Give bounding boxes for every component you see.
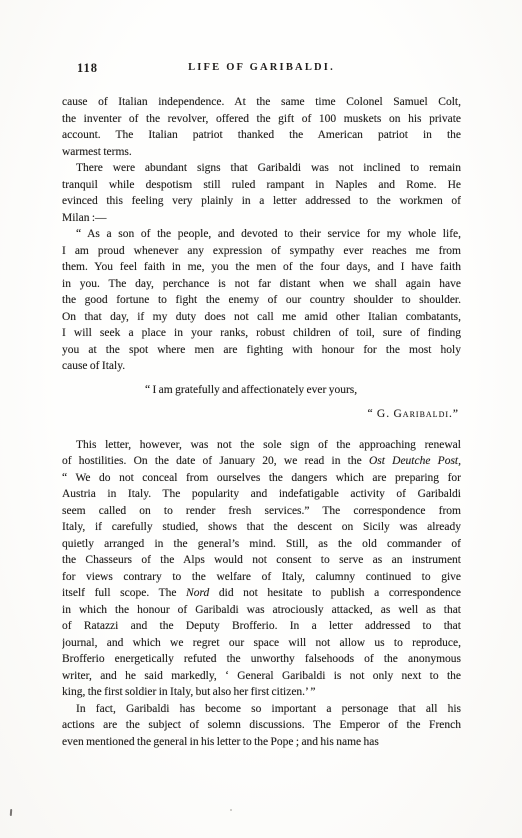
paragraph: This letter, however, was not the sole s… (62, 437, 461, 701)
text-line: seem called on to render fresh services.… (62, 503, 461, 520)
text-line: “ As a son of the people, and devoted to… (62, 226, 461, 243)
text-line: Brofferio energetically refuted the unwo… (62, 651, 461, 668)
text-line: Milan :— (62, 210, 461, 227)
text-line: There were abundant signs that Garibaldi… (62, 160, 461, 177)
paragraph: There were abundant signs that Garibaldi… (62, 160, 461, 226)
scan-speck (230, 809, 232, 811)
text-line: even mentioned the general in his letter… (62, 734, 461, 751)
page-number: 118 (77, 61, 98, 76)
text-line: account. The Italian patriot thanked the… (62, 127, 461, 144)
text-line: actions are the subject of solemn discus… (62, 717, 461, 734)
paragraph: In fact, Garibaldi has become so importa… (62, 701, 461, 751)
text-line: cause of Italy. (62, 358, 461, 375)
book-page: 118 LIFE OF GARIBALDI. cause of Italian … (0, 0, 522, 838)
text-line: writer, and he said markedly, ‘ General … (62, 668, 461, 685)
text-line: them. You feel faith in me, you the men … (62, 259, 461, 276)
text-line: quietly arranged in the general’s mind. … (62, 536, 461, 553)
paragraph: “ As a son of the people, and devoted to… (62, 226, 461, 375)
text-line: in which the honour of Garibaldi was atr… (62, 602, 461, 619)
text-line: Austria in Italy. The popularity and ind… (62, 486, 461, 503)
text-line: warmest terms. (62, 144, 461, 161)
paragraph: cause of Italian independence. At the sa… (62, 94, 461, 160)
text-line: the good fortune to fight the enemy of o… (62, 292, 461, 309)
text-block: cause of Italian independence. At the sa… (62, 94, 461, 750)
page-header: 118 LIFE OF GARIBALDI. (62, 61, 461, 77)
text-line: of Ratazzi and the Deputy Brofferio. In … (62, 618, 461, 635)
text-line: in you. The day, perchance is not far di… (62, 276, 461, 293)
text-line: the Chasseurs of the Alps would not cons… (62, 552, 461, 569)
text-line: tranquil while despotism still ruled ram… (62, 177, 461, 194)
letter-closing-line: “ I am gratefully and affectionately eve… (62, 382, 461, 399)
text-line: Italy, if carefully studied, shows that … (62, 519, 461, 536)
text-line: evinced this feeling very plainly in a l… (62, 193, 461, 210)
text-line: I am proud whenever any expression of sy… (62, 243, 461, 260)
text-line: On that day, if my duty does not call me… (62, 309, 461, 326)
text-line: for views contrary to the welfare of Ita… (62, 569, 461, 586)
text-line: cause of Italian independence. At the sa… (62, 94, 461, 111)
text-line: you at the spot where men are fighting w… (62, 342, 461, 359)
letter-signature: “ G. Garibaldi.” (62, 406, 461, 423)
text-line: of hostilities. On the date of January 2… (62, 453, 461, 470)
text-line: journal, and which we regret our space w… (62, 635, 461, 652)
text-line: I will seek a place in your ranks, robus… (62, 325, 461, 342)
text-line: “ We do not conceal from ourselves the d… (62, 470, 461, 487)
scan-speck (10, 809, 12, 816)
text-line: In fact, Garibaldi has become so importa… (62, 701, 461, 718)
text-line: This letter, however, was not the sole s… (62, 437, 461, 454)
text-line: itself full scope. The Nord did not hesi… (62, 585, 461, 602)
running-title: LIFE OF GARIBALDI. (62, 61, 461, 73)
text-line: the inventer of the revolver, offered th… (62, 111, 461, 128)
text-line: king, the first soldier in Italy, but al… (62, 684, 461, 701)
